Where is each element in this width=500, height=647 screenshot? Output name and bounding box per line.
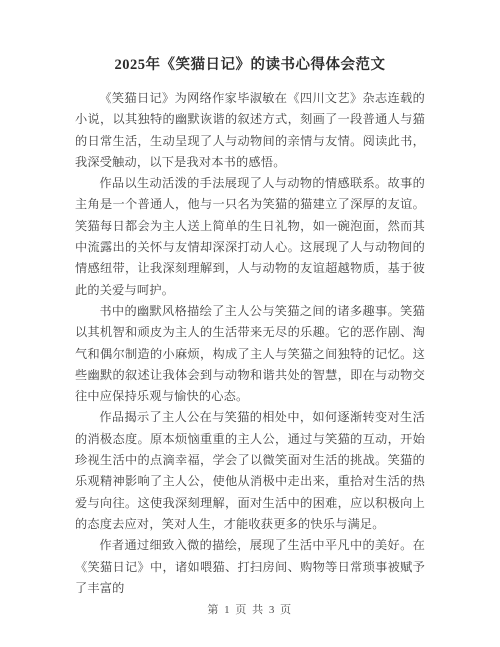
body-paragraph: 作品以生动活泼的手法展现了人与动物的情感联系。故事的主角是一个普通人，他与一只名… bbox=[75, 173, 425, 301]
document-body: 《笑猫日记》为网络作家毕淑敏在《四川文艺》杂志连载的小说，以其独特的幽默诙谐的叙… bbox=[75, 88, 425, 599]
body-paragraph: 《笑猫日记》为网络作家毕淑敏在《四川文艺》杂志连载的小说，以其独特的幽默诙谐的叙… bbox=[75, 88, 425, 173]
body-paragraph: 书中的幽默风格描绘了主人公与笑猫之间的诸多趣事。笑猫以其机智和顽皮为主人的生活带… bbox=[75, 301, 425, 407]
body-paragraph: 作者通过细致入微的描绘，展现了生活中平凡中的美好。在《笑猫日记》中，诸如喂猫、打… bbox=[75, 535, 425, 599]
body-paragraph: 作品揭示了主人公在与笑猫的相处中，如何逐渐转变对生活的消极态度。原本烦恼重重的主… bbox=[75, 407, 425, 535]
document-page: 2025年《笑猫日记》的读书心得体会范文 《笑猫日记》为网络作家毕淑敏在《四川文… bbox=[0, 0, 500, 647]
page-number-footer: 第 1 页 共 3 页 bbox=[0, 602, 500, 618]
document-title: 2025年《笑猫日记》的读书心得体会范文 bbox=[0, 0, 500, 76]
